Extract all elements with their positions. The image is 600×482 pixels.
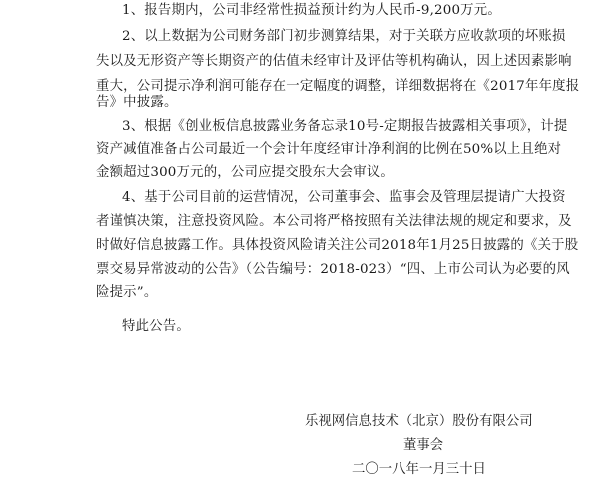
paragraph-2-line-4: 告》中披露。 bbox=[96, 93, 508, 113]
paragraph-4-line-2: 者谨慎决策，注意投资风险。本公司将严格按照有关法律法规的规定和要求，及 bbox=[96, 212, 508, 232]
paragraph-3-line-2: 资产减值准备占公司最近一个会计年度经审计净利润的比例在50%以上且绝对 bbox=[96, 140, 508, 160]
signature-date: 二〇一八年一月三十日 bbox=[352, 460, 486, 480]
paragraph-4-line-3: 时做好信息披露工作。具体投资风险请关注公司2018年1月25日披露的《关于股 bbox=[96, 236, 508, 256]
closing-statement: 特此公告。 bbox=[122, 317, 508, 337]
paragraph-3-line-3: 金额超过300万元的，公司应提交股东大会审议。 bbox=[96, 163, 508, 183]
paragraph-3-line-1: 3、根据《创业板信息披露业务备忘录10号-定期报告披露相关事项》，计提 bbox=[122, 117, 508, 137]
signature-company: 乐视网信息技术（北京）股份有限公司 bbox=[305, 412, 533, 432]
paragraph-2-line-1: 2、以上数据为公司财务部门初步测算结果，对于关联方应收款项的坏账损 bbox=[122, 27, 508, 47]
paragraph-4-line-1: 4、基于公司目前的运营情况，公司董事会、监事会及管理层提请广大投资 bbox=[122, 188, 508, 208]
paragraph-2-line-2: 失以及无形资产等长期资产的估值未经审计及评估等机构确认，因上述因素影响 bbox=[96, 52, 508, 72]
signature-board: 董事会 bbox=[403, 436, 443, 456]
announcement-document: 1、报告期内，公司非经常性损益预计约为人民币-9,200万元。 2、以上数据为公… bbox=[0, 0, 600, 482]
paragraph-1-line-1: 1、报告期内，公司非经常性损益预计约为人民币-9,200万元。 bbox=[122, 1, 508, 21]
paragraph-4-line-4: 票交易异常波动的公告》（公告编号：2018-023）“四、上市公司认为必要的风 bbox=[96, 260, 508, 280]
paragraph-4-line-5: 险提示”。 bbox=[96, 283, 508, 303]
